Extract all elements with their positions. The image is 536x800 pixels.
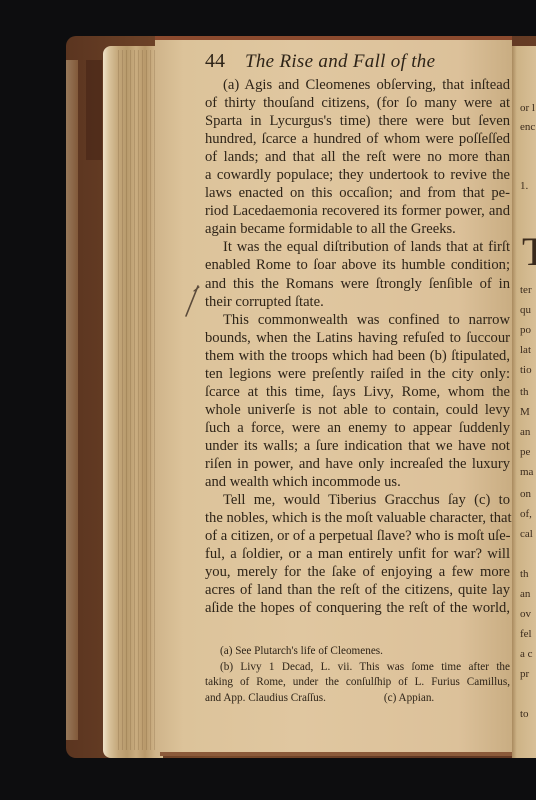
text-line: ful, a ſoldier, or a man entirely unfit … — [205, 545, 510, 563]
facing-page-strip: or lenc1.TterqupolattiothManpemaonof,cal… — [512, 46, 536, 758]
facing-page-fragment: M — [520, 406, 530, 418]
text-line: Sparta in Lycurgus's time) there were bu… — [205, 112, 510, 130]
facing-page-fragment: cal — [520, 528, 533, 540]
facing-page-fragment: lat — [520, 344, 531, 356]
facing-page-fragment: an — [520, 426, 530, 438]
text-line: them with the troops which had been (b) … — [205, 347, 510, 365]
text-line: of lands; and that all the reſt were no … — [205, 148, 510, 166]
text-line: riſen in power, and have only increaſed … — [205, 455, 510, 473]
paragraph-4: Tell me, would Tiberius Gracchus ſay (c)… — [205, 491, 510, 617]
text-line: and this the Romans were ſtrongly ſenſib… — [205, 275, 510, 293]
facing-page-fragment: pr — [520, 668, 529, 680]
paragraph-1: (a) Agis and Cleomenes obſerving, that i… — [205, 76, 510, 238]
footnote-b-line: taking of Rome, under the conſulſhip of … — [205, 675, 510, 691]
text-line: ten legions were preſently raiſed in the… — [205, 365, 510, 383]
text-line: Tell me, would Tiberius Gracchus ſay (c)… — [205, 491, 510, 509]
text-line: bounds, when the Latins having refuſed t… — [205, 329, 510, 347]
footnote-b-last: and App. Claudius Craſſus. — [205, 691, 326, 707]
text-line: ſcarce at this time, ſays Livy, Rome, wh… — [205, 383, 510, 401]
facing-page-fragment: on — [520, 488, 531, 500]
text-line: their corrupted ſtate. — [205, 293, 510, 311]
text-line: enabled Rome to ſoar above its humble co… — [205, 256, 510, 274]
pencil-margin-mark-icon — [180, 283, 204, 319]
paragraph-2: It was the equal diſtribution of lands t… — [205, 238, 510, 310]
facing-page-fragment: an — [520, 588, 530, 600]
page-number: 44 — [205, 46, 225, 76]
worn-cover-edge — [66, 60, 78, 740]
text-line: the nobles, which is the moſt valuable c… — [205, 509, 510, 527]
text-line: It was the equal diſtribution of lands t… — [205, 238, 510, 256]
facing-page-fragment: th — [520, 386, 529, 398]
facing-page-fragment: a c — [520, 648, 533, 660]
text-line: This commonwealth was confined to narrow — [205, 311, 510, 329]
facing-page-fragment: ma — [520, 466, 533, 478]
facing-page-fragment: or l — [520, 102, 535, 114]
page-header: 44 The Rise and Fall of the — [205, 46, 510, 76]
footnote-b-c-line: and App. Claudius Craſſus. (c) Appian. — [205, 691, 510, 707]
facing-page-fragment: po — [520, 324, 531, 336]
text-line: laws enacted on this occaſion; and from … — [205, 184, 510, 202]
facing-page-fragment: fel — [520, 628, 532, 640]
footnote-c: (c) Appian. — [384, 691, 434, 707]
text-line: ſuch a force, were an enemy to appear ſu… — [205, 419, 510, 437]
text-line: riod Lacedaemonia recovered its former p… — [205, 202, 510, 220]
facing-page-fragment: ov — [520, 608, 531, 620]
text-line: again became formidable to all the Greek… — [205, 220, 510, 238]
text-line: acres of land than the reſt of the citiz… — [205, 581, 510, 599]
text-line: aſide the hopes of conquering the reſt o… — [205, 599, 510, 617]
facing-page-fragment: to — [520, 708, 529, 720]
facing-page-fragment: ter — [520, 284, 532, 296]
facing-page-fragment: enc — [520, 121, 535, 133]
text-line: hundred, ſcarce a hundred of whom were p… — [205, 130, 510, 148]
facing-page-fragment: 1. — [520, 180, 528, 192]
running-title: The Rise and Fall of the — [245, 47, 435, 77]
facing-page-fragment: of, — [520, 508, 532, 520]
text-line: of a citizen, or of a perpetual ſlave? w… — [205, 527, 510, 545]
text-line: whole univerſe is not able to contain, c… — [205, 401, 510, 419]
page-text: 44 The Rise and Fall of the (a) Agis and… — [205, 46, 510, 706]
text-line: of thirty thouſand citizens, (for ſo man… — [205, 94, 510, 112]
text-line: and wealth which incommode us. — [205, 473, 510, 491]
facing-page-fragment: pe — [520, 446, 530, 458]
paragraph-3: This commonwealth was confined to narrow… — [205, 311, 510, 491]
text-line: (a) Agis and Cleomenes obſerving, that i… — [205, 76, 510, 94]
spine-shadow — [86, 60, 102, 160]
cover-bottom-edge — [160, 752, 512, 756]
facing-page-fragment: T — [522, 232, 536, 272]
text-line: you, merely for the ſake of enjoying a f… — [205, 563, 510, 581]
facing-page-fragment: th — [520, 568, 529, 580]
footnote-b-line: (b) Livy 1 Decad, L. vii. This was ſome … — [205, 660, 510, 676]
text-line: a cowardly populace; they undertook to r… — [205, 166, 510, 184]
facing-page-fragment: tio — [520, 364, 532, 376]
footnote-a: (a) See Plutarch's life of Cleomenes. — [205, 644, 510, 660]
page-block-lines — [118, 50, 160, 750]
facing-page-fragment: qu — [520, 304, 531, 316]
footnotes: (a) See Plutarch's life of Cleomenes. (b… — [205, 644, 510, 706]
text-line: under its walls; a ſure indication that … — [205, 437, 510, 455]
